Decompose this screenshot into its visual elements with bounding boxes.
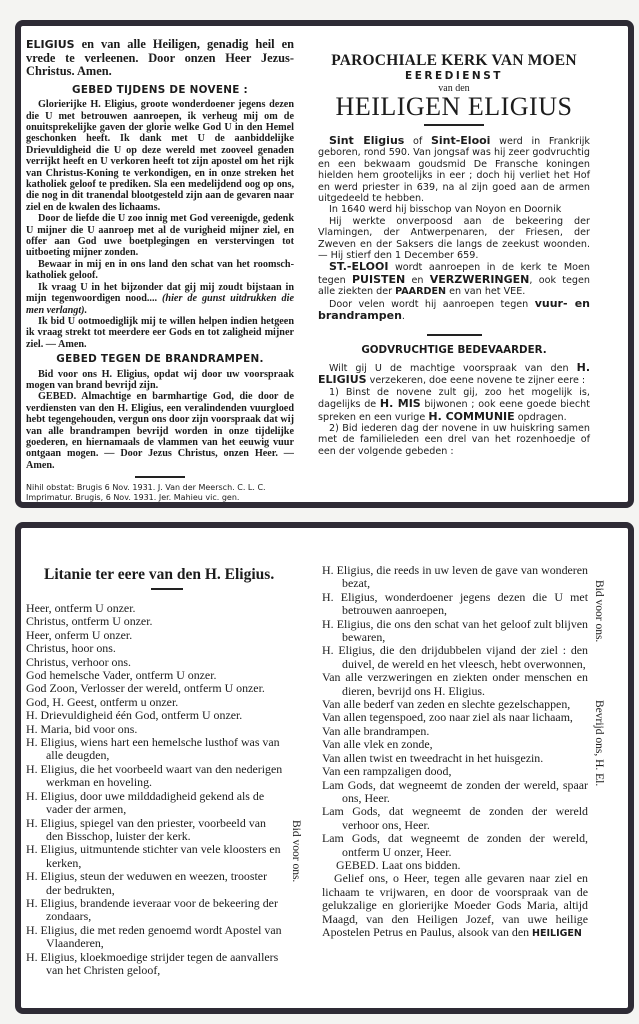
litany-line: H. Eligius, spiegel van den priester, vo… (26, 817, 284, 844)
litany-line: Van een rampzaligen dood, (322, 765, 588, 778)
pilgrim-intro: Wilt gij U de machtige voorspraak van de… (318, 362, 590, 387)
saint-title: HEILIGEN ELIGIUS (318, 94, 590, 120)
novene-paragraph: Bewaar in mij en in ons land den schat v… (26, 259, 294, 282)
pilgrim-step-1: 1) Binst de novene zult gij, zoo het mog… (318, 387, 590, 423)
litany-line: God, H. Geest, ontferm u onzer. (26, 696, 284, 709)
litany-line: H. Eligius, door uwe milddadigheid geken… (26, 790, 284, 817)
litany-line: H. Eligius, kloekmoedige strijder tegen … (26, 951, 284, 978)
litany-line: H. Eligius, wiens hart een hemelsche lus… (26, 736, 284, 763)
litany-line: Van alle verzweringen en ziekten onder m… (322, 671, 588, 698)
litany-lines: H. Eligius, die reeds in uw leven de gav… (322, 564, 588, 859)
request-paragraph: Ik vraag U in het bijzonder dat gij mij … (26, 282, 294, 316)
brand-paragraph: GEBED. Almachtige en barmhartige God, di… (26, 391, 294, 471)
novene-heading: GEBED TIJDENS DE NOVENE : (26, 85, 294, 96)
text: opdragen. (515, 412, 567, 423)
ornament-divider (424, 124, 484, 126)
fire-paragraph: Door velen wordt hij aanroepen tegen vuu… (318, 298, 590, 323)
brand-paragraph: Bid voor ons H. Eligius, opdat wij door … (26, 369, 294, 392)
litany-lines: Heer, ontferm U onzer.Christus, ontferm … (26, 602, 284, 977)
bio-paragraph: Sint Eligius of Sint-Elooi werd in Frank… (318, 135, 590, 204)
text: Door velen wordt hij aanroepen tegen (329, 299, 535, 310)
litany-line: H. Drievuldigheid één God, ontferm U onz… (26, 709, 284, 722)
text: verzekeren, doe eene novene te zijner ee… (367, 375, 586, 386)
litany-line: God Zoon, Verlosser der wereld, ontferm … (26, 682, 284, 695)
novene-paragraph: Glorierijke H. Eligius, groote wonderdoe… (26, 99, 294, 213)
litany-column-left: Litanie ter eere van den H. Eligius. Hee… (26, 560, 284, 977)
closing-lead: ELIGIUS en van alle Heiligen, genadig he… (26, 38, 294, 79)
title-column: PAROCHIALE KERK VAN MOEN EEREDIENST van … (318, 52, 590, 457)
divider (427, 334, 482, 336)
litany-line: H. Eligius, die het voorbeeld waart van … (26, 763, 284, 790)
response-bid-voor-ons: Bid voor ons. (290, 820, 302, 882)
litany-line: H. Eligius, die den drijdubbelen vijand … (322, 644, 588, 671)
litany-line: H. Eligius, brandende ieveraar voor de b… (26, 897, 284, 924)
litany-line: H. Eligius, uitmuntende stichter van vel… (26, 843, 284, 870)
bio-paragraph: In 1640 werd hij bisschop van Noyon en D… (318, 204, 590, 215)
closing-paragraph: Ik bid U ootmoediglijk mij te willen hel… (26, 316, 294, 350)
nihil-obstat: Nihil obstat: Brugis 6 Nov. 1931. J. Van… (26, 483, 294, 493)
litany-line: Van alle brandrampen. (322, 725, 588, 738)
text: en (405, 275, 430, 286)
divider (151, 588, 183, 590)
text: VEE (504, 286, 523, 297)
litany-line: Lam Gods, dat wegneemt de zonden der wer… (322, 832, 588, 859)
bio-paragraph: Hij werkte onverpoosd aan de bekeering d… (318, 216, 590, 262)
litany-line: Christus, ontferm U onzer. (26, 615, 284, 628)
bold: ST.-ELOOI (329, 260, 388, 273)
litany-line: H. Eligius, die reeds in uw leven de gav… (322, 564, 588, 591)
litany-line: H. Eligius, die ons den schat van het ge… (322, 618, 588, 645)
bold: HEILIGEN (532, 928, 582, 939)
litany-line: Van allen twist en tweedracht in het hui… (322, 752, 588, 765)
bio-text: of (404, 136, 431, 147)
text: en van het (446, 286, 504, 297)
litany-line: Lam Gods, dat wegneemt de zonden der wer… (322, 779, 588, 806)
response-bevrijd-ons: Bevrijd ons, H. El. (593, 700, 605, 786)
novena-prayer-column: ELIGIUS en van alle Heiligen, genadig he… (26, 38, 294, 503)
litany-line: H. Eligius, wonderdoener jegens dezen di… (322, 591, 588, 618)
litany-column-right: H. Eligius, die reeds in uw leven de gav… (322, 564, 588, 940)
litany-line: Christus, verhoor ons. (26, 656, 284, 669)
closing-prayer: Gelief ons, o Heer, tegen alle gevaren n… (322, 872, 588, 940)
novene-paragraph: Door de liefde die U zoo innig met God v… (26, 213, 294, 259)
bold: VERZWERINGEN (430, 273, 530, 286)
lead-bold: ELIGIUS (26, 38, 75, 51)
bio-bold: Sint-Elooi (431, 134, 491, 147)
text: . (402, 311, 405, 322)
imprimatur: Imprimatur. Brugis, 6 Nov. 1931. Jer. Ma… (26, 493, 294, 503)
invoked-paragraph: ST.-ELOOI wordt aanroepen in de kerk te … (318, 261, 590, 297)
text: Wilt gij U de machtige voorspraak van de… (329, 363, 577, 374)
pilgrim-step-2: 2) Bid iederen dag der novene in uw huis… (318, 423, 590, 457)
litany-line: Lam Gods, dat wegneemt de zonden der wer… (322, 805, 588, 832)
service-title: EEREDIENST (318, 70, 590, 83)
bold: H. MIS (380, 397, 421, 410)
bold: PUISTEN (352, 273, 405, 286)
litany-line: Van alle bederf van zeden en slechte gez… (322, 698, 588, 711)
litany-line: Christus, hoor ons. (26, 642, 284, 655)
divider (135, 476, 185, 478)
litany-line: H. Eligius, die met reden genoemd wordt … (26, 924, 284, 951)
parish-title: PAROCHIALE KERK VAN MOEN (318, 52, 590, 70)
litany-line: Heer, ontferm U onzer. (26, 602, 284, 615)
bold: H. COMMUNIE (428, 410, 514, 423)
bio-bold: Sint Eligius (329, 134, 404, 147)
litany-line: H. Eligius, steun der weduwen en weezen,… (26, 870, 284, 897)
gebed-label: GEBED. Laat ons bidden. (322, 859, 588, 872)
litany-title: Litanie ter eere van den H. Eligius. (44, 566, 284, 584)
pilgrim-heading: GODVRUCHTIGE BEDEVAARDER. (318, 345, 590, 356)
litany-line: Van allen tegenspoed, zoo naar ziel als … (322, 711, 588, 724)
litany-line: H. Maria, bid voor ons. (26, 723, 284, 736)
bold: PAARDEN (395, 286, 446, 297)
litany-line: Heer, onferm U onzer. (26, 629, 284, 642)
text: . (522, 286, 525, 297)
litany-line: Van alle vlek en zonde, (322, 738, 588, 751)
response-bid-voor-ons: Bid voor ons. (593, 580, 605, 642)
brand-heading: GEBED TEGEN DE BRANDRAMPEN. (26, 354, 294, 365)
litany-line: God hemelsche Vader, ontferm U onzer. (26, 669, 284, 682)
